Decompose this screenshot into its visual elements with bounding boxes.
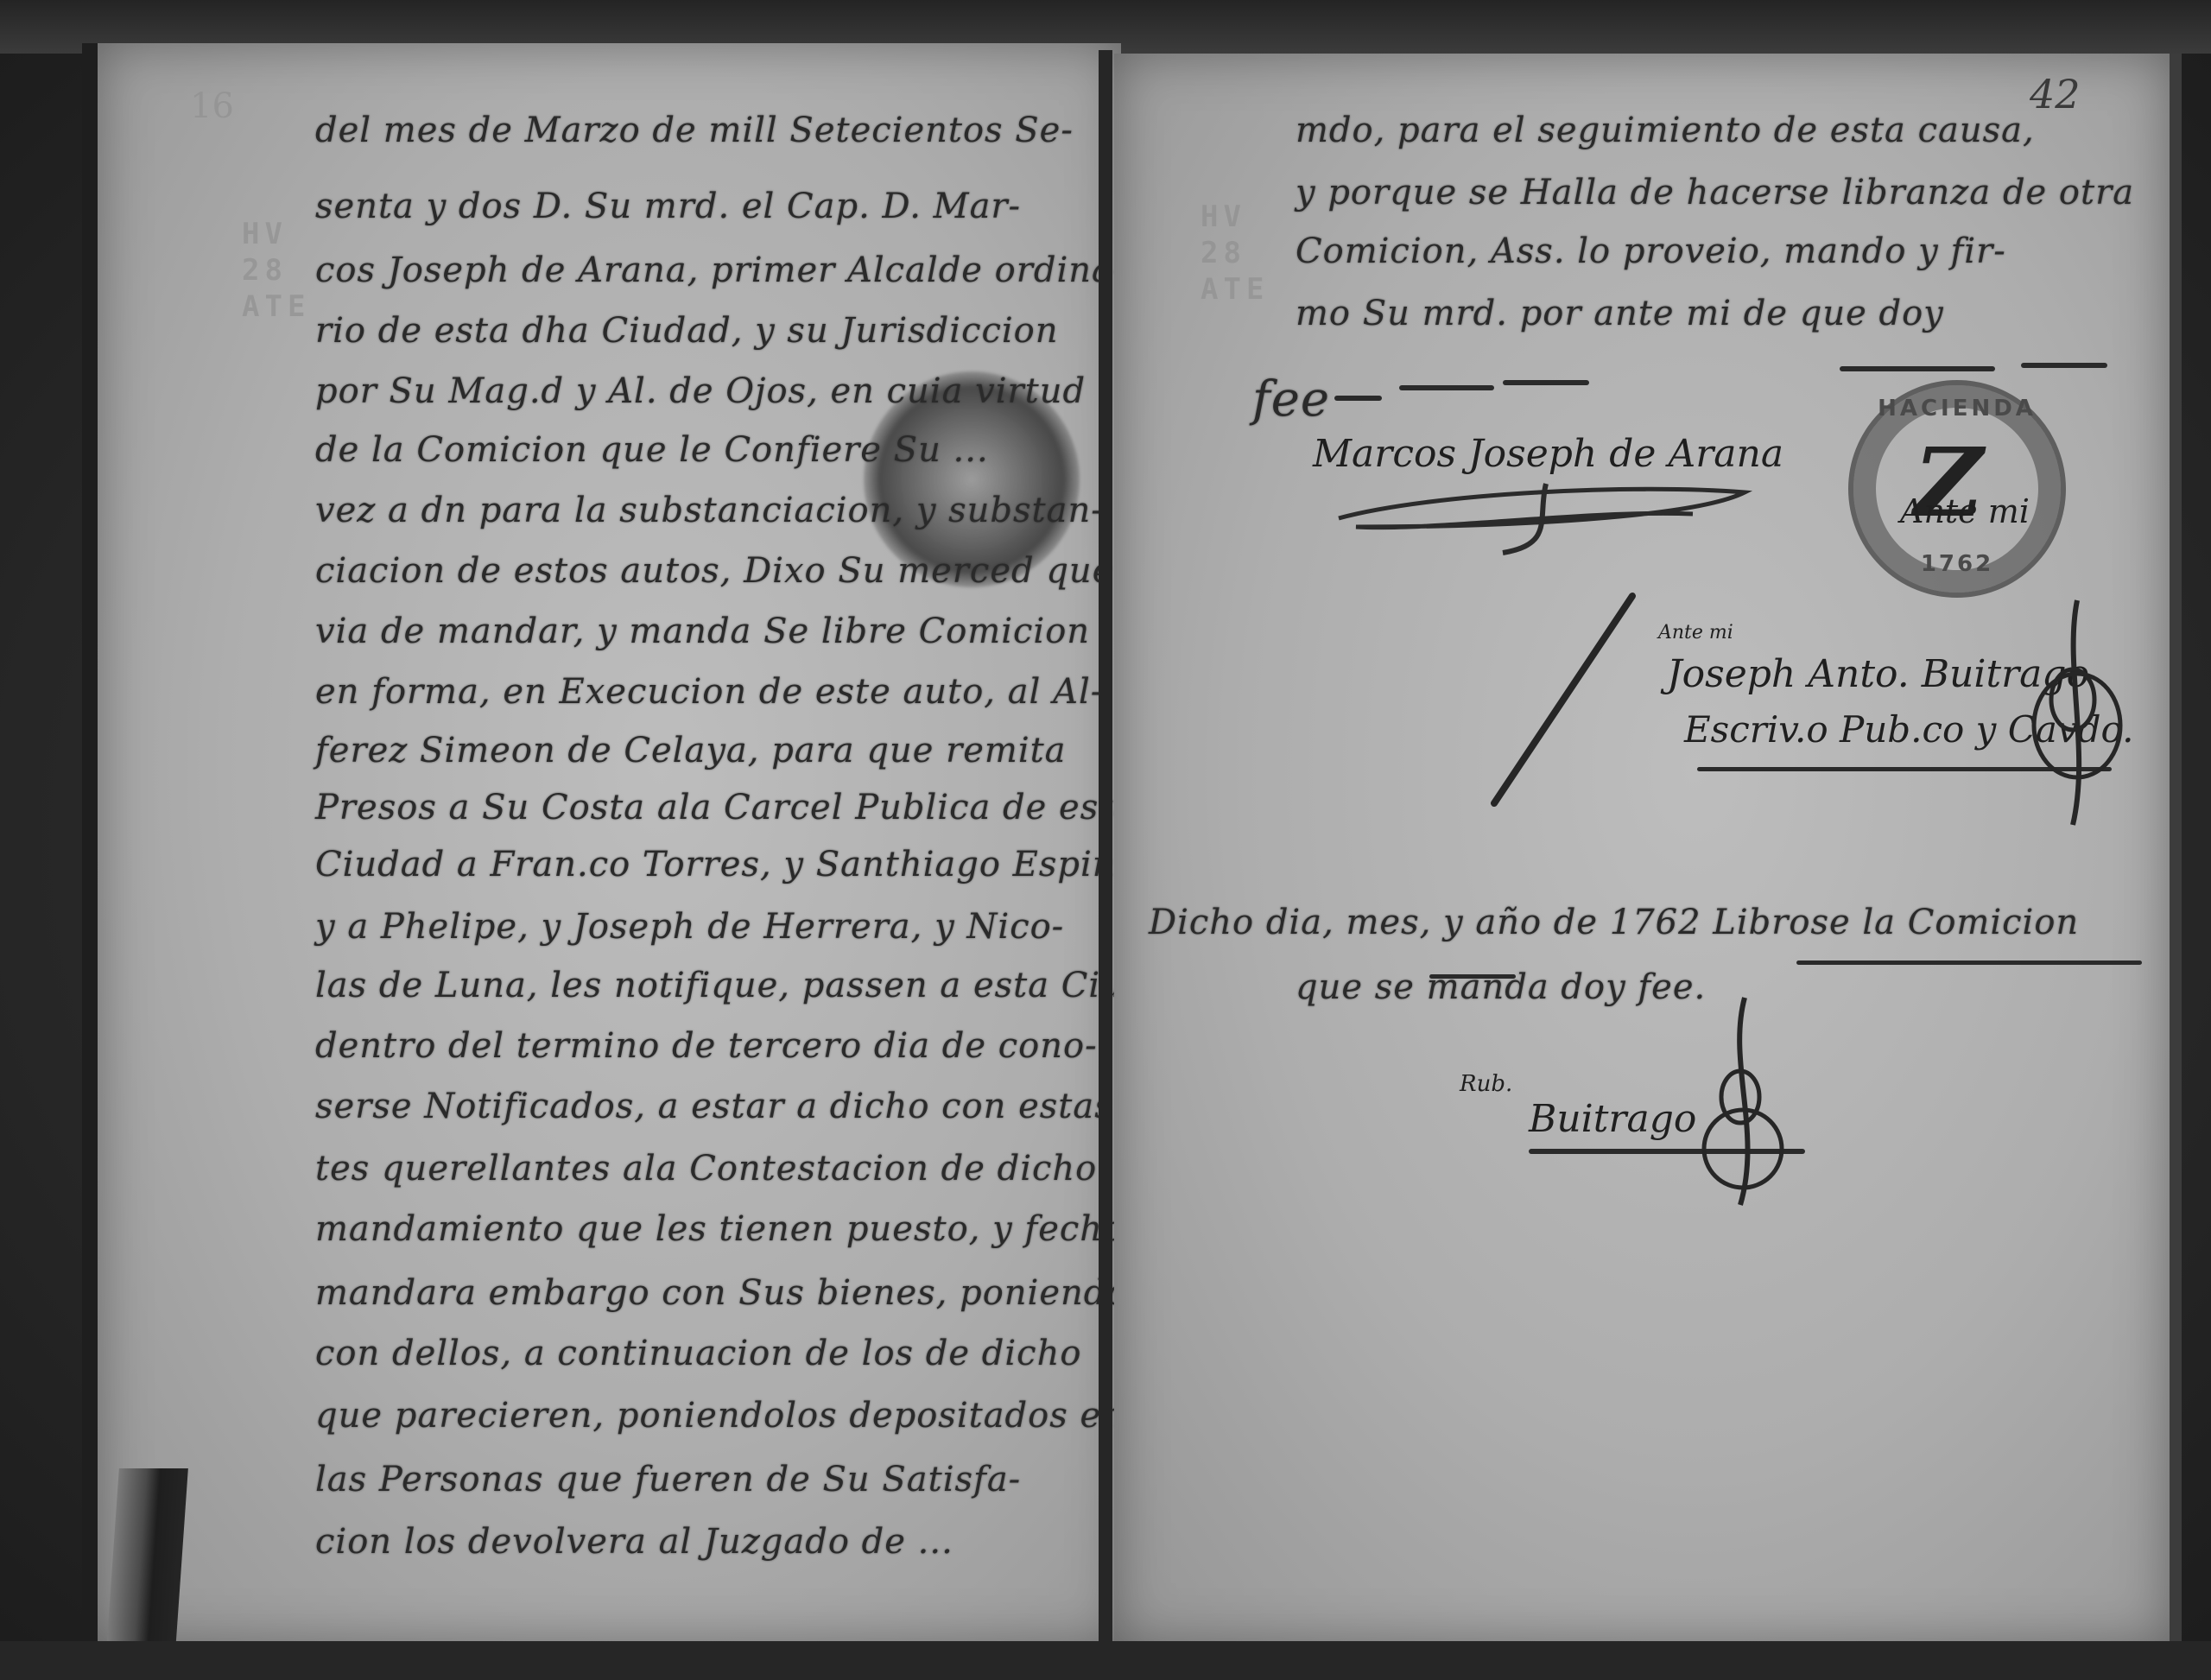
text-line: vez a dn para la substanciacion, y subst… xyxy=(315,491,1104,530)
seal-ring-text: HACIENDA xyxy=(1853,396,2061,422)
left-margin-stamp: HV 28 ATE xyxy=(242,216,310,325)
text-line: y a Phelipe, y Joseph de Herrera, y Nico… xyxy=(315,907,1064,947)
right-margin-stamp: HV 28 ATE xyxy=(1201,199,1269,307)
note-line: Dicho dia, mes, y año de 1762 Librose la… xyxy=(1149,903,2079,942)
book-spine xyxy=(1099,50,1112,1657)
stamp-line-3: ATE xyxy=(242,288,310,325)
text-line: ferez Simeon de Celaya, para que remita xyxy=(315,731,1067,770)
seal-year: 1762 xyxy=(1853,551,2061,577)
text-line: las de Luna, les notifique, passen a est… xyxy=(315,966,1158,1005)
rubric-flourish-icon xyxy=(1693,993,1796,1209)
text-line: cion los devolvera al Juzgado de ... xyxy=(315,1522,953,1562)
dash-rule xyxy=(1840,366,1995,371)
rubric-prefix: Rub. xyxy=(1460,1071,1512,1097)
text-line: en forma, en Execucion de este auto, al … xyxy=(315,672,1103,712)
stamp-seal: HACIENDA Z 1762 xyxy=(1848,380,2066,598)
text-line: Presos a Su Costa ala Carcel Publica de … xyxy=(315,788,1135,827)
signature-buitrago-short: Buitrago xyxy=(1529,1097,1696,1141)
folio-number: 42 xyxy=(2030,71,2081,117)
text-line-fee: fee xyxy=(1252,371,1330,428)
text-line: mo Su mrd. por ante mi de que doy xyxy=(1296,294,1944,333)
text-line: senta y dos D. Su mrd. el Cap. D. Mar- xyxy=(315,187,1021,226)
dash-rule xyxy=(1399,385,1494,390)
stamp-line-2: 28 xyxy=(242,252,310,288)
rubric-flourish-icon xyxy=(1330,466,1779,561)
text-line: Comicion, Ass. lo proveio, mando y fir- xyxy=(1296,231,2006,271)
text-line: Ciudad a Fran.co Torres, y Santhiago Esp… xyxy=(315,845,1177,884)
dash-rule xyxy=(2021,363,2107,368)
text-line: y porque se Halla de hacerse libranza de… xyxy=(1296,173,2134,212)
text-line: mandara embargo con Sus bienes, poniendo… xyxy=(315,1273,1181,1313)
text-line: ciacion de estos autos, Dixo Su merced q… xyxy=(315,551,1169,591)
ante-mi-annotation: Ante mi xyxy=(1900,492,2030,530)
text-line: tes querellantes ala Contestacion de dic… xyxy=(315,1149,1097,1189)
rubric-flourish-icon xyxy=(2012,596,2142,829)
note-line: que se manda doy fee. xyxy=(1296,967,1706,1007)
dash-rule xyxy=(1334,396,1382,401)
dash-rule xyxy=(1503,380,1589,385)
stamp-line-3: ATE xyxy=(1201,271,1269,307)
text-line: serse Notificados, a estar a dicho con e… xyxy=(315,1087,1200,1126)
text-line: mdo, para el seguimiento de esta causa, xyxy=(1296,111,2035,150)
binding-tab xyxy=(105,1468,188,1663)
bottom-shadow xyxy=(0,1641,2211,1680)
ante-mi-prefix: Ante mi xyxy=(1658,622,1733,643)
text-line: dentro del termino de tercero dia de con… xyxy=(315,1026,1098,1066)
pen-stroke-icon xyxy=(1486,587,1641,812)
text-line: del mes de Marzo de mill Setecientos Se- xyxy=(315,111,1074,150)
stamp-line-2: 28 xyxy=(1201,235,1269,271)
text-line: rio de esta dha Ciudad, y su Jurisdiccio… xyxy=(315,311,1059,351)
stamp-line-1: HV xyxy=(242,216,310,252)
text-line: via de mandar, y manda Se libre Comicion xyxy=(315,612,1090,651)
text-line: por Su Mag.d y Al. de Ojos, en cuia virt… xyxy=(315,371,1086,411)
stamp-line-1: HV xyxy=(1201,199,1269,235)
text-line: las Personas que fueren de Su Satisfa- xyxy=(315,1460,1021,1499)
text-line: cos Joseph de Arana, primer Alcalde ordi… xyxy=(315,250,1125,290)
text-line: con dellos, a continuacion de los de dic… xyxy=(315,1334,1081,1373)
right-page xyxy=(1114,54,2182,1645)
text-line: mandamiento que les tienen puesto, y fec… xyxy=(315,1209,1176,1249)
dash-rule xyxy=(1429,974,1516,979)
text-line: de la Comicion que le Confiere Su ... xyxy=(315,430,989,470)
dash-rule xyxy=(1796,960,2142,965)
left-margin-number: 16 xyxy=(190,86,234,126)
text-line: que parecieren, poniendolos depositados … xyxy=(315,1396,1125,1436)
